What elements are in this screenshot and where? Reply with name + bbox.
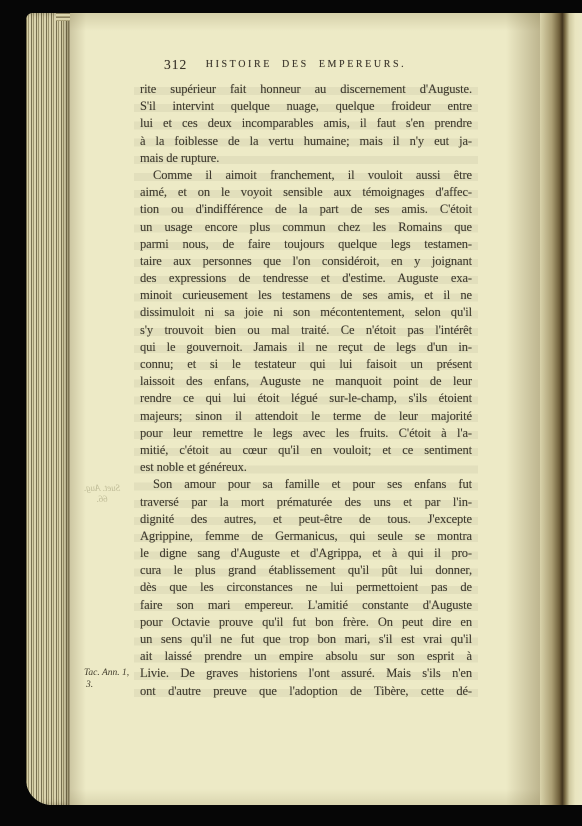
- page-number: 312: [164, 57, 187, 73]
- margin-note: Tac. Ann. 1, 3.: [84, 668, 140, 691]
- text-line: dissimuloit ni sa joie ni son mécontente…: [140, 304, 472, 321]
- running-title: HISTOIRE DES EMPEREURS.: [140, 57, 472, 70]
- margin-note-line: Tac. Ann. 1,: [84, 668, 140, 680]
- text-line: tion ou d'indifférence de la part de ses…: [140, 201, 472, 218]
- text-line: traversé par la mort prématurée des uns …: [140, 494, 472, 511]
- showthrough-margin-note: Suet. Aug. 66.: [70, 483, 134, 505]
- text-line: laissoit des enfans, Auguste ne manquoit…: [140, 373, 472, 390]
- text-line: aimé, et on le voyoit sensible aux témoi…: [140, 184, 472, 201]
- text-line: pour leur remettre le legs avec les frui…: [140, 425, 472, 442]
- text-line: connu; et si le testateur qui lui faisoi…: [140, 356, 472, 373]
- text-line: un sens qu'il ne fut que trop bon mari, …: [140, 631, 472, 648]
- paragraph: Son amour pour sa famille et pour ses en…: [140, 476, 472, 699]
- paragraph: rite supérieur fait honneur au discernem…: [140, 81, 472, 167]
- showthrough-note-line: Suet. Aug.: [70, 483, 134, 494]
- text-line: à la foiblesse de la vertu humaine; mais…: [140, 133, 472, 150]
- text-line: Comme il aimoit franchement, il vouloit …: [140, 167, 472, 184]
- text-line: un usage encore plus commun chez les Rom…: [140, 219, 472, 236]
- text-line: rite supérieur fait honneur au discernem…: [140, 81, 472, 98]
- text-line: ait laissé prendre un empire absolu sur …: [140, 648, 472, 665]
- text-line: est noble et généreux.: [140, 459, 472, 476]
- text-line: rendre ce qui lui étoit légué sur-le-cha…: [140, 390, 472, 407]
- showthrough-note-line: 66.: [70, 494, 134, 505]
- paragraph: Comme il aimoit franchement, il vouloit …: [140, 167, 472, 476]
- text-line: dès que les circonstances ne lui permett…: [140, 579, 472, 596]
- text-block: rite supérieur fait honneur au discernem…: [140, 81, 472, 700]
- text-line: dignité des autres, et peut-être de tous…: [140, 511, 472, 528]
- book-gutter: [540, 13, 582, 805]
- text-line: cura le plus grand établissement qu'il p…: [140, 562, 472, 579]
- text-line: le digne sang d'Auguste et d'Agrippa, et…: [140, 545, 472, 562]
- text-line: mitié, c'étoit au cœur qu'il en vouloit;…: [140, 442, 472, 459]
- text-line: mais de rupture.: [140, 150, 472, 167]
- text-line: ont d'autre preuve que l'adoption de Tib…: [140, 683, 472, 700]
- text-line: qui le gouvernoit. Jamais il ne reçut de…: [140, 339, 472, 356]
- text-line: s'y trouvoit bien ou mal traité. Ce n'ét…: [140, 322, 472, 339]
- text-line: faire son mari empereur. L'amitié consta…: [140, 597, 472, 614]
- text-line: des expressions de tendresse et d'estime…: [140, 270, 472, 287]
- book-fore-edge: [26, 13, 70, 805]
- text-line: Son amour pour sa famille et pour ses en…: [140, 476, 472, 493]
- text-line: lui et ces deux incomparables amis, il f…: [140, 115, 472, 132]
- text-line: Livie. De graves historiens l'ont assuré…: [140, 665, 472, 682]
- text-line: pour Octavie prouve qu'il fut bon frère.…: [140, 614, 472, 631]
- text-line: S'il intervint quelque nuage, quelque fr…: [140, 98, 472, 115]
- book: 312 HISTOIRE DES EMPEREURS. rite supérie…: [26, 13, 582, 805]
- text-line: taire aux personnes que l'on considéroit…: [140, 253, 472, 270]
- page-header: 312 HISTOIRE DES EMPEREURS.: [140, 57, 472, 73]
- text-line: majeurs; sinon il attendoit le terme de …: [140, 408, 472, 425]
- text-line: minoit curieusement les testamens de ses…: [140, 287, 472, 304]
- text-line: Agrippine, femme de Germanicus, qui seul…: [140, 528, 472, 545]
- text-line: parmi nous, de faire toujours quelque le…: [140, 236, 472, 253]
- margin-note-line: 3.: [84, 680, 140, 692]
